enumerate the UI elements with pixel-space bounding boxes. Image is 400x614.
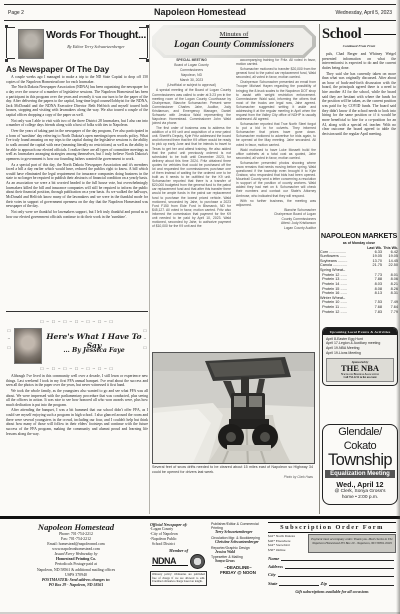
member-of-label: Member of [150, 548, 207, 553]
po-box-line: PO Box 29 - Napoleon, ND 58561 [6, 583, 146, 588]
meeting-type: SPECIAL MEETING [152, 58, 231, 62]
minutes-column-1: SPECIAL MEETING Board of Logan County Co… [152, 58, 231, 229]
commodity-name: Protein 12 ...... [320, 310, 366, 315]
township-location-line2: home • 2:00 p.m. [323, 495, 397, 501]
form-line-city: City [268, 572, 396, 577]
official-list: -Logan County-City of Napoleon-Napoleon … [150, 527, 207, 547]
editorial-paragraph: The North Dakota Newspaper Association (… [6, 85, 148, 117]
address-field-label: Address [268, 564, 283, 569]
name-field-label: Name [268, 556, 279, 561]
editorial-paragraph: Over the years of taking part in the new… [6, 129, 148, 161]
column-body: Although I've lived in this community we… [6, 374, 148, 437]
header-bottom-rule [4, 20, 396, 21]
column-border-ornament-left: □~□ [6, 327, 12, 352]
meeting-location: Napoleon, ND [152, 73, 231, 77]
title-dash [364, 34, 396, 35]
ndna-logo: NDNA NORTH DAKOTA NEWSPAPER ASSOCIATION [152, 557, 188, 566]
staff-name: Sonya Gross [215, 559, 265, 563]
ndna-logo-row: NDNA NORTH DAKOTA NEWSPAPER ASSOCIATION [150, 554, 207, 569]
contact-info-box: Napoleon Homestead Phone: 701-754-2212 F… [6, 522, 146, 612]
minutes-header-box: Minutes of Logan County Commissioners [152, 25, 316, 58]
staff-role: Publisher/Editor & Commercial Printing [211, 522, 265, 530]
minutes-column-2: accompanying training for Fritz. All vot… [236, 58, 316, 230]
events-list: April 8-Easter Egg HuntApril 17-Legion &… [323, 335, 397, 357]
form-line-address: Address [268, 564, 396, 569]
minutes-paragraph: accompanying training for Fritz. All vot… [236, 58, 316, 66]
staff-entry: Publisher/Editor & Commercial Printing T… [211, 522, 265, 534]
minutes-col2-text: accompanying training for Fritz. All vot… [236, 58, 316, 207]
photo-caption-text: Several feet of snow drifts needed to be… [152, 465, 313, 474]
photo-credit: Photo by Clark Haas [152, 475, 313, 479]
staff-entry: Circulation Mgr. & Bookkeeping Christine… [211, 536, 265, 544]
minutes-signature-block: Blanche SchumacherChairperson Board of L… [236, 208, 316, 230]
ndna-logo-subtext: NORTH DAKOTA NEWSPAPER ASSOCIATION [152, 565, 188, 566]
subscription-form: Subscription Order Form $42* North Dakot… [268, 522, 396, 614]
signature-line: Logan County Auditor [236, 226, 316, 230]
staff-entry: Reporter/Graphic Design Jessica Wald [211, 546, 265, 554]
markets-row: Protein 12 ...... 7.83 7.79 [320, 310, 398, 315]
form-line-name: Name [268, 556, 396, 561]
address-field[interactable] [285, 564, 394, 569]
bracket-ornament-left [6, 28, 15, 58]
township-name-line3: Township [323, 452, 397, 469]
school-section-title: School [322, 26, 396, 43]
minutes-paragraph: Wald motioned to have Luke Mossett build… [236, 148, 316, 160]
staff-box: Publisher/Editor & Commercial Printing T… [211, 522, 265, 612]
township-meeting-type: Equalization Meeting [325, 470, 395, 478]
markets-title: NAPOLEON MARKETS [320, 231, 398, 240]
township-ad: Glendale/ Cokato Township Equalization M… [322, 424, 398, 505]
editorial-paragraph: As a special part of this day, the North… [6, 163, 148, 209]
minutes-paragraph: A special meeting of the Board of Logan … [152, 88, 231, 125]
minutes-paragraph: Chairperson Schumacher presented an emai… [236, 80, 316, 121]
event-item: April 17-Legion & Auxiliary meeting [326, 341, 394, 345]
meeting-date: March 30, 2023 [152, 78, 231, 82]
minutes-col1-text: A special meeting of the Board of Logan … [152, 88, 231, 228]
sponsor-name: THE NBA [327, 364, 393, 373]
editorial-body: A couple weeks ago I managed to make a t… [6, 75, 148, 220]
column-byline: ... By Jessica Faye [44, 347, 144, 354]
township-location-line1: @ Clerk, Sonya Gross's [323, 489, 397, 495]
words-for-thought-masthead: Words For Thought... By Editor Terry Sch… [6, 25, 148, 62]
events-header: Upcoming Local Events & Activities [323, 328, 397, 335]
event-item: April 19-NBA Meeting [326, 346, 394, 350]
staff-list: Publisher/Editor & Commercial Printing T… [211, 522, 265, 563]
minutes-paragraph: Schumacher presented photos showing wher… [236, 161, 316, 198]
event-item: April 8-Easter Egg Hunt [326, 337, 394, 341]
bottom-rule [0, 516, 400, 519]
issue-date: Wednesday, April 5, 2023 [335, 10, 392, 16]
last-week-price: 7.83 [366, 310, 382, 315]
meeting-disclaimer: (Unofficial or subject to approval) [152, 83, 231, 87]
signature-line: Blanche Schumacher [236, 208, 316, 212]
minutes-paragraph: The first order of business was to addre… [152, 126, 231, 228]
state-field-label: State [268, 581, 277, 586]
township-meeting-date: Wed., April 12 [323, 480, 397, 489]
words-for-thought-title: Words For Thought... [46, 29, 146, 41]
form-line-state-zip: State Zip [268, 581, 396, 586]
signature-line: County Commissioners [236, 217, 316, 221]
official-item: School District [150, 542, 207, 547]
zip-field[interactable] [329, 581, 394, 586]
sponsor-phone-note: Call 754-2212 to list an event [327, 376, 393, 379]
columnist-photo [14, 328, 42, 364]
township-name-line1: Glendale/ [323, 427, 397, 439]
markets-subtitle: as of Monday close [320, 241, 398, 245]
left-column-divider [6, 311, 148, 312]
news-photo-tractor [152, 352, 315, 464]
markets-rows: Corn ................ 6.33 6.42 Sunflowe… [320, 250, 398, 315]
subscription-footer: Gift subscriptions available for all occ… [268, 589, 396, 594]
scan-edge-shadow [396, 0, 400, 614]
header-top-rule [4, 4, 396, 5]
minutes-title-line1: Minutes of [156, 31, 312, 38]
staff-name: Christine Schwartzenberger [215, 540, 265, 544]
column-paragraph: Although I've lived in this community we… [6, 374, 148, 388]
official-newspaper-box: Official Newspaper of: -Logan County-Cit… [150, 522, 207, 612]
continued-from-front-label: Continued From Front [322, 44, 396, 48]
school-paragraph: pals, Chad Berger and Whitney Weigel pre… [322, 52, 396, 71]
zip-field-label: Zip [321, 581, 327, 586]
column-paragraph: We took the whole family, as the youngst… [6, 389, 148, 408]
sponsor-panel: Sponsored by THE NBA Napoleon Business A… [326, 358, 394, 382]
minutes-title-line2: Logan County Commissioners [156, 39, 312, 50]
minutes-paragraph: Schumacher reported that True North Stee… [236, 122, 316, 146]
photo-caption: Several feet of snow drifts needed to be… [152, 465, 313, 479]
city-field-label: City [268, 572, 276, 577]
column-paragraph: After attending the banquet, I was a bit… [6, 408, 148, 436]
school-article-body: pals, Chad Berger and Whitney Weigel pre… [322, 52, 396, 138]
subscription-price: $36* Online [268, 548, 308, 553]
editorial-headline: As Newspaper Of The Day [6, 64, 148, 74]
subscription-title: Subscription Order Form [268, 524, 396, 533]
editorial-paragraph: A couple weeks ago I managed to make a t… [6, 75, 148, 84]
subscription-prices: $42* North Dakota$46* Elsewhere$44* Snow… [268, 534, 308, 553]
state-field[interactable] [279, 581, 318, 586]
editor-photo [18, 29, 44, 59]
event-item: April 19-Lions Meeting [326, 351, 394, 355]
payment-note: Payment must accompany order. Thank you.… [308, 534, 396, 553]
school-title-text: School [322, 26, 361, 43]
column-divider-left [149, 24, 150, 514]
words-for-thought-byline: By Editor Terry Schwartzenberger [46, 44, 146, 49]
deadline-value: FRIDAY @ NOON [211, 570, 265, 575]
name-field[interactable] [281, 556, 394, 561]
editorial-paragraph: Not only was I able to visit with two of… [6, 119, 148, 128]
signature-line: Chairperson Board of Logan [236, 212, 316, 216]
staff-name: Jessica Wald [215, 550, 265, 554]
minutes-paragraph: Schumacher motioned to transfer $20,000 … [236, 67, 316, 79]
signature-line: Attest: Jody Kristianson [236, 221, 316, 225]
meeting-board-line2: Commissioners [152, 68, 231, 72]
editorial-paragraph: Not only were we thankful for lawmakers … [6, 210, 148, 219]
events-box: Upcoming Local Events & Activities April… [322, 327, 398, 386]
column-border-ornament-bottom: □ ~ □ ~ □ ~ □ ~ □ ~ □ ~ □ [6, 366, 148, 371]
ndna-seal-icon [190, 554, 205, 569]
contact-title: Napoleon Homestead [6, 522, 146, 532]
minutes-paragraph: With no further business, the meeting wa… [236, 199, 316, 207]
meeting-board-line1: Board of Logan County [152, 63, 231, 67]
school-paragraph: They said she has currently taken on mor… [322, 72, 396, 137]
staff-name: Terry Schwartzenberger [215, 530, 265, 534]
column-border-ornament-top: □ ~ □ ~ □ ~ □ ~ □ ~ □ ~ □ [6, 319, 148, 324]
city-field[interactable] [278, 572, 394, 577]
markets-table: NAPOLEON MARKETS as of Monday close Last… [320, 231, 398, 314]
obituary-policy: Obituary policy: Obituaries are publishe… [150, 571, 207, 586]
staff-entry: Typesetter & Mailing Sonya Gross [211, 555, 265, 563]
